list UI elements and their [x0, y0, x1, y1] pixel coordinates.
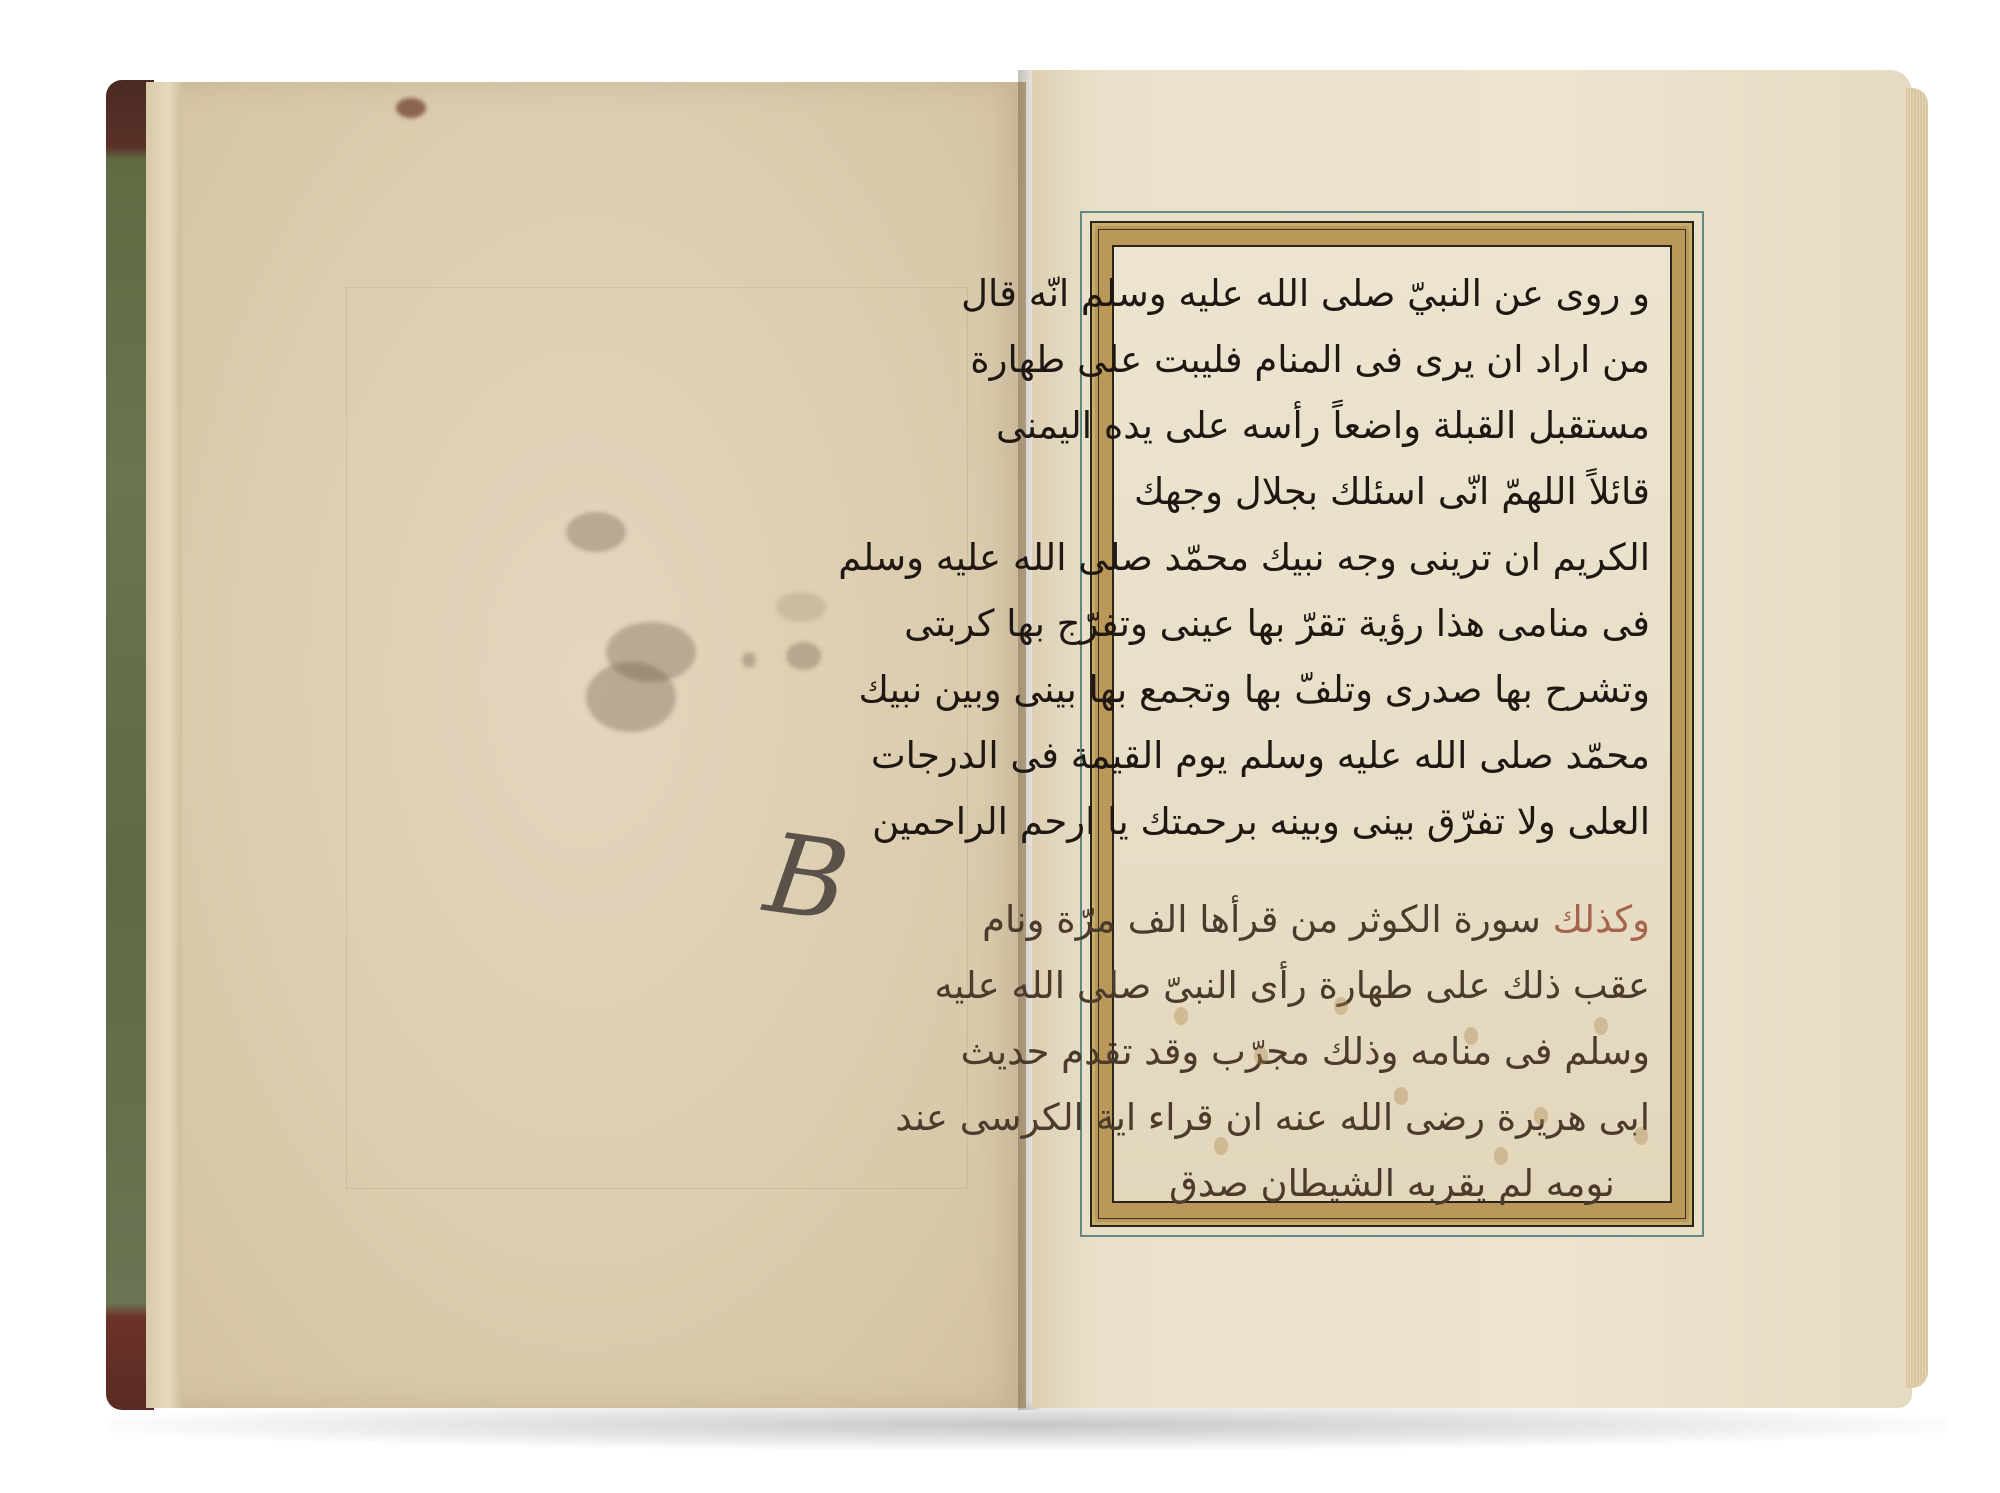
text-line: محمّد صلى الله عليه وسلم يوم القيمة فى ا… — [1134, 723, 1650, 789]
foxing-spot — [1174, 1007, 1188, 1025]
illuminated-frame: و روى عن النبيّ صلى الله عليه وسلم انّه … — [1080, 211, 1704, 1237]
paragraph-gap — [1134, 855, 1650, 887]
stain — [566, 512, 626, 552]
endpaper-fold — [146, 82, 182, 1408]
stain — [396, 98, 426, 118]
text-line: مستقبل القبلة واضعاً رأسه على يده اليمنى — [1134, 393, 1650, 459]
gold-border: و روى عن النبيّ صلى الله عليه وسلم انّه … — [1090, 221, 1694, 1227]
text-line: وكذلك سورة الكوثر من قرأها الف مرّة ونام — [1134, 887, 1650, 953]
foxing-spot — [1594, 1017, 1608, 1035]
text-line: الكريم ان ترينى وجه نبيك محمّد صلى الله … — [1134, 525, 1650, 591]
foxing-spot — [1494, 1147, 1508, 1165]
stain — [586, 662, 676, 732]
text-line: فى منامى هذا رؤية تقرّ بها عينى وتفرّج ب… — [1134, 591, 1650, 657]
foxing-spot — [1394, 1087, 1408, 1105]
text-line: و روى عن النبيّ صلى الله عليه وسلم انّه … — [1134, 261, 1650, 327]
foxing-spot — [1254, 1047, 1268, 1065]
foxing-spot — [1534, 1107, 1548, 1125]
foxing-spot — [1634, 1127, 1648, 1145]
rubric-word: وكذلك — [1553, 898, 1650, 941]
text-line-rest: سورة الكوثر من قرأها الف مرّة ونام — [982, 898, 1541, 941]
text-block: و روى عن النبيّ صلى الله عليه وسلم انّه … — [1112, 245, 1672, 1203]
foxing-spot — [1214, 1137, 1228, 1155]
foxing-spot — [1334, 997, 1348, 1015]
text-line: من اراد ان يرى فى المنام فليبت على طهارة — [1134, 327, 1650, 393]
stain — [742, 652, 756, 668]
stain — [776, 592, 826, 622]
open-manuscript: B و روى عن النبيّ صلى الله عليه وسلم انّ… — [0, 0, 2000, 1493]
foxing-spots — [1134, 967, 1650, 1177]
text-line: وتشرح بها صدرى وتلفّ بها وتجمع بها بينى … — [1134, 657, 1650, 723]
page-edges — [1906, 88, 1928, 1388]
foxing-spot — [1464, 1027, 1478, 1045]
text-line: قائلاً اللهمّ انّى اسئلك بجلال وجهك — [1134, 459, 1650, 525]
text-line: العلى ولا تفرّق بينى وبينه برحمتك يا ارح… — [1134, 789, 1650, 855]
stain — [786, 642, 821, 670]
pencil-mark: B — [758, 818, 844, 947]
